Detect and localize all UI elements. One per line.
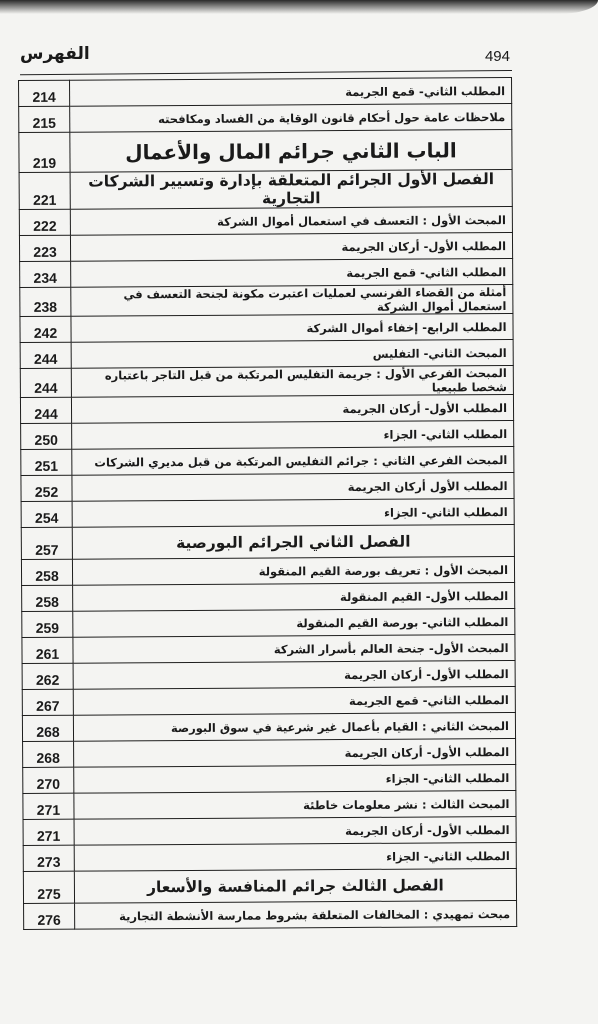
toc-page-number: 214 — [19, 80, 70, 106]
toc-row-chapter: 257الفصل الثاني الجرائم البورصية — [21, 524, 514, 559]
toc-page-number: 258 — [22, 585, 73, 611]
toc-entry-title: المطلب الأول- أركان الجريمة — [70, 233, 512, 262]
toc-row-entry: 238أمثلة من القضاء الفرنسي لعمليات اعتبر… — [20, 284, 513, 316]
toc-row-entry: 244المبحث الثاني- التفليس — [20, 339, 513, 368]
toc-row-entry: 250المطلب الثاني- الجزاء — [21, 420, 514, 449]
toc-row-entry: 258المبحث الأول : تعريف بورصة القيم المن… — [21, 556, 514, 585]
toc-entry-title: المطلب الثاني- بورصة القيم المنقولة — [73, 608, 515, 637]
toc-page-number: 268 — [22, 715, 73, 741]
toc-entry-title: المطلب الثاني- الجزاء — [72, 420, 514, 449]
toc-page-number: 258 — [21, 559, 72, 585]
toc-page-number: 257 — [21, 527, 72, 559]
toc-page-number: 222 — [19, 209, 70, 235]
toc-entry-title: المطلب الأول- القيم المنقولة — [73, 582, 515, 611]
toc-entry-title: المطلب الأول- أركان الجريمة — [74, 738, 516, 767]
toc-page-number: 221 — [19, 172, 70, 209]
toc-entry-title: المبحث الأول : تعريف بورصة القيم المنقول… — [72, 556, 514, 585]
toc-body: 214المطلب الثاني- قمع الجريمة215ملاحظات … — [19, 78, 517, 930]
toc-entry-title: المبحث الفرعي الثاني : جرائم التفليس الم… — [72, 446, 514, 475]
toc-row-entry: 242المطلب الرابع- إخفاء أموال الشركة — [20, 313, 513, 342]
toc-row-entry: 258المطلب الأول- القيم المنقولة — [22, 582, 515, 611]
toc-entry-title: المبحث الثالث : نشر معلومات خاطئة — [74, 790, 516, 819]
toc-page-number: 238 — [20, 287, 71, 316]
toc-row-entry: 234المطلب الثاني- قمع الجريمة — [20, 258, 513, 287]
toc-page-number: 271 — [23, 819, 74, 845]
toc-entry-title: المطلب الأول- أركان الجريمة — [71, 394, 513, 423]
toc-row-entry: 244المبحث الفرعي الأول : جريمة التفليس ا… — [20, 365, 513, 397]
toc-entry-title: مبحث تمهيدي : المخالفات المتعلقة بشروط م… — [75, 900, 517, 929]
toc-page-number: 276 — [24, 903, 75, 929]
toc-row-entry: 259المطلب الثاني- بورصة القيم المنقولة — [22, 608, 515, 637]
toc-entry-title: المطلب الرابع- إخفاء أموال الشركة — [71, 313, 513, 342]
toc-row-entry: 268المطلب الأول- أركان الجريمة — [23, 738, 516, 767]
toc-row-entry: 267المطلب الثاني- قمع الجريمة — [22, 686, 515, 715]
toc-row-entry: 262المطلب الأول- أركان الجريمة — [22, 660, 515, 689]
toc-entry-title: المطلب الأول- أركان الجريمة — [74, 816, 516, 845]
toc-entry-title: المبحث الأول- جنحة العالم بأسرار الشركة — [73, 634, 515, 663]
toc-page-number: 270 — [23, 767, 74, 793]
toc-entry-title: المطلب الأول- أركان الجريمة — [73, 660, 515, 689]
toc-row-entry: 215ملاحظات عامة حول أحكام قانون الوقاية … — [19, 104, 512, 133]
toc-entry-title: المبحث الفرعي الأول : جريمة التفليس المر… — [71, 365, 513, 397]
toc-row-part: 219الباب الثاني جرائم المال والأعمال — [19, 130, 512, 173]
header-rule — [20, 70, 512, 75]
toc-page-number: 273 — [23, 845, 74, 871]
toc-page-number: 261 — [22, 637, 73, 663]
toc-row-entry: 223المطلب الأول- أركان الجريمة — [19, 233, 512, 262]
toc-entry-title: الفصل الثالث جرائم المنافسة والأسعار — [74, 868, 516, 903]
toc-page-number: 234 — [20, 261, 71, 287]
toc-entry-title: المطلب الثاني- قمع الجريمة — [71, 258, 513, 287]
toc-row-entry: 261المبحث الأول- جنحة العالم بأسرار الشر… — [22, 634, 515, 663]
toc-page-number: 251 — [21, 449, 72, 475]
toc-entry-title: الفصل الأول الجرائم المتعلقة بإدارة وتسي… — [70, 170, 512, 210]
toc-entry-title: الفصل الثاني الجرائم البورصية — [72, 524, 514, 559]
page-number: 494 — [485, 48, 510, 65]
toc-row-entry: 268المبحث الثاني : القيام بأعمال غير شرع… — [22, 712, 515, 741]
toc-row-entry: 273المطلب الثاني- الجزاء — [23, 842, 516, 871]
toc-row-entry: 271المبحث الثالث : نشر معلومات خاطئة — [23, 790, 516, 819]
toc-page-number: 244 — [20, 368, 71, 397]
toc-entry-title: ملاحظات عامة حول أحكام قانون الوقاية من … — [70, 104, 512, 133]
toc-page-number: 267 — [22, 689, 73, 715]
toc-entry-title: أمثلة من القضاء الفرنسي لعمليات اعتبرت م… — [71, 284, 513, 316]
toc-entry-title: المطلب الثاني- قمع الجريمة — [70, 78, 512, 107]
toc-row-chapter: 275الفصل الثالث جرائم المنافسة والأسعار — [23, 868, 516, 903]
toc-row-entry: 214المطلب الثاني- قمع الجريمة — [19, 78, 512, 107]
toc-page-number: 250 — [21, 423, 72, 449]
toc-entry-title: المطلب الثاني- الجزاء — [74, 764, 516, 793]
toc-row-entry: 244المطلب الأول- أركان الجريمة — [20, 394, 513, 423]
running-head: الفهرس 494 — [20, 44, 510, 70]
toc-page-number: 275 — [23, 871, 74, 903]
toc-row-entry: 276مبحث تمهيدي : المخالفات المتعلقة بشرو… — [24, 900, 517, 929]
toc-entry-title: المبحث الثاني- التفليس — [71, 339, 513, 368]
toc-page-number: 262 — [22, 663, 73, 689]
toc-page-number: 223 — [19, 235, 70, 261]
toc-row-entry: 252المطلب الأول أركان الجريمة — [21, 472, 514, 501]
toc-entry-title: المبحث الثاني : القيام بأعمال غير شرعية … — [73, 712, 515, 741]
table-of-contents: 214المطلب الثاني- قمع الجريمة215ملاحظات … — [18, 77, 517, 930]
toc-entry-title: الباب الثاني جرائم المال والأعمال — [70, 130, 512, 173]
toc-page-number: 254 — [21, 501, 72, 527]
toc-entry-title: المبحث الأول : التعسف في استعمال أموال ا… — [70, 207, 512, 236]
toc-page-number: 252 — [21, 475, 72, 501]
toc-page-number: 268 — [23, 741, 74, 767]
toc-row-chapter: 221الفصل الأول الجرائم المتعلقة بإدارة و… — [19, 170, 512, 210]
section-title: الفهرس — [20, 44, 90, 64]
toc-row-entry: 271المطلب الأول- أركان الجريمة — [23, 816, 516, 845]
toc-row-entry: 222المبحث الأول : التعسف في استعمال أموا… — [19, 207, 512, 236]
toc-page-number: 259 — [22, 611, 73, 637]
toc-row-entry: 251المبحث الفرعي الثاني : جرائم التفليس … — [21, 446, 514, 475]
toc-page-number: 219 — [19, 132, 70, 172]
toc-row-entry: 270المطلب الثاني- الجزاء — [23, 764, 516, 793]
toc-page-number: 244 — [20, 342, 71, 368]
toc-row-entry: 254المطلب الثاني- الجزاء — [21, 498, 514, 527]
toc-entry-title: المطلب الثاني- قمع الجريمة — [73, 686, 515, 715]
toc-page-number: 242 — [20, 316, 71, 342]
page-edge-shadow — [0, 0, 598, 14]
toc-page-number: 244 — [20, 397, 71, 423]
toc-page-number: 215 — [19, 106, 70, 132]
toc-entry-title: المطلب الأول أركان الجريمة — [72, 472, 514, 501]
toc-entry-title: المطلب الثاني- الجزاء — [74, 842, 516, 871]
toc-page-number: 271 — [23, 793, 74, 819]
toc-entry-title: المطلب الثاني- الجزاء — [72, 498, 514, 527]
